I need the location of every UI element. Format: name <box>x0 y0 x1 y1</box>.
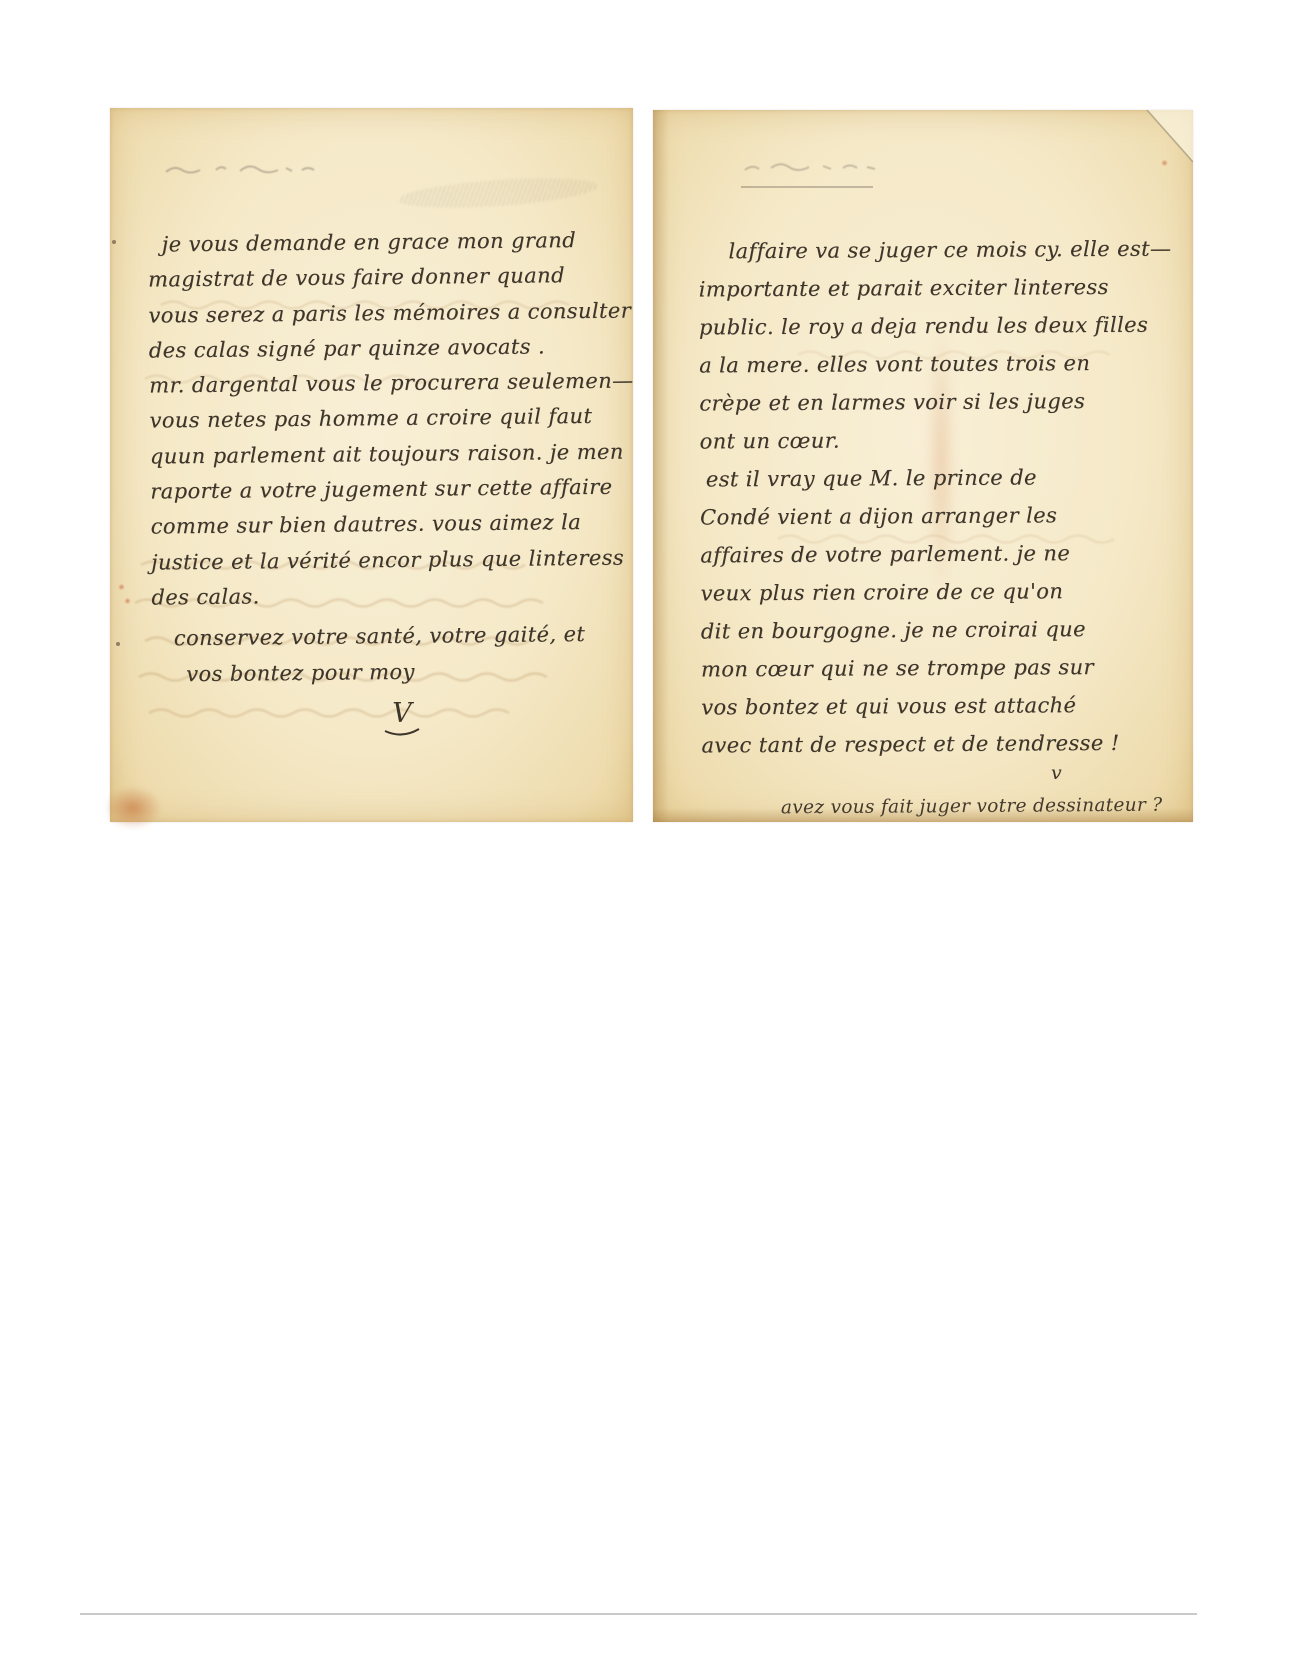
ink-speck <box>116 642 120 646</box>
handwritten-line: dit en bourgogne. je ne croirai que <box>701 617 1174 658</box>
ink-speck <box>112 240 116 244</box>
bleedthrough-ghost-text <box>144 704 544 720</box>
pencil-line <box>741 186 873 188</box>
handwritten-line: comme sur bien dautres. vous aimez la <box>151 510 636 550</box>
handwritten-line: a la mere. elles vont toutes trois en <box>699 351 1172 392</box>
handwritten-line: mon cœur qui ne se trompe pas sur <box>701 655 1174 696</box>
letter-body-left: je vous demande en grace mon grand magis… <box>148 227 637 697</box>
folded-corner <box>1133 110 1193 176</box>
handwritten-line: affaires de votre parlement. je ne <box>700 541 1173 582</box>
handwritten-line: justice et la vérité encor plus que lint… <box>151 545 636 585</box>
handwritten-line: importante et parait exciter linteress <box>699 275 1172 316</box>
manuscript-page-left: je vous demande en grace mon grand magis… <box>110 108 633 822</box>
handwritten-line: veux plus rien croire de ce qu'on <box>700 579 1173 620</box>
letter-body-right: laffaire va se juger ce mois cy. elle es… <box>698 237 1174 772</box>
handwritten-line: ont un cœur. <box>700 427 1173 468</box>
handwritten-line: public. le roy a deja rendu les deux fil… <box>699 313 1172 354</box>
rust-stain <box>124 598 131 604</box>
pencil-smudge <box>397 173 598 213</box>
rust-stain <box>104 786 162 830</box>
rust-stain <box>118 584 125 590</box>
handwritten-line: conservez votre santé, votre gaité, et <box>152 622 637 662</box>
pencil-inscription-icon <box>739 154 889 180</box>
handwritten-line: des calas signé par quinze avocats . <box>149 333 634 373</box>
handwritten-line: des calas. <box>151 580 636 620</box>
fold-crease-icon <box>1133 110 1193 176</box>
handwritten-line: avec tant de respect et de tendresse ! <box>701 731 1174 772</box>
pencil-inscription-icon <box>160 156 330 182</box>
handwritten-line: magistrat de vous faire donner quand <box>148 263 633 303</box>
handwritten-line: vos bontez pour moy <box>152 657 637 697</box>
handwritten-line: je vous demande en grace mon grand <box>148 227 633 267</box>
handwritten-line: quun parlement ait toujours raison. je m… <box>150 439 635 479</box>
handwritten-line: Condé vient a dijon arranger les <box>700 503 1173 544</box>
postscript-line: avez vous fait juger votre dessinateur ? <box>781 795 1163 819</box>
signature-v: V <box>382 698 422 739</box>
horizontal-divider <box>80 1613 1197 1615</box>
handwritten-line: vous serez a paris les mémoires a consul… <box>148 298 633 338</box>
rust-stain <box>1161 160 1168 166</box>
manuscript-page-right: laffaire va se juger ce mois cy. elle es… <box>653 110 1193 822</box>
handwritten-line: vos bontez et qui vous est attaché <box>701 693 1174 734</box>
handwritten-line: raporte a votre jugement sur cette affai… <box>150 475 635 515</box>
handwritten-line: mr. dargental vous le procurera seulemen… <box>149 369 634 409</box>
handwritten-line: vous netes pas homme a croire quil faut <box>149 404 634 444</box>
signature-v: v <box>1051 762 1062 784</box>
handwritten-line: crèpe et en larmes voir si les juges <box>699 389 1172 430</box>
handwritten-line: est il vray que M. le prince de <box>700 465 1173 506</box>
handwritten-line: laffaire va se juger ce mois cy. elle es… <box>698 237 1171 278</box>
